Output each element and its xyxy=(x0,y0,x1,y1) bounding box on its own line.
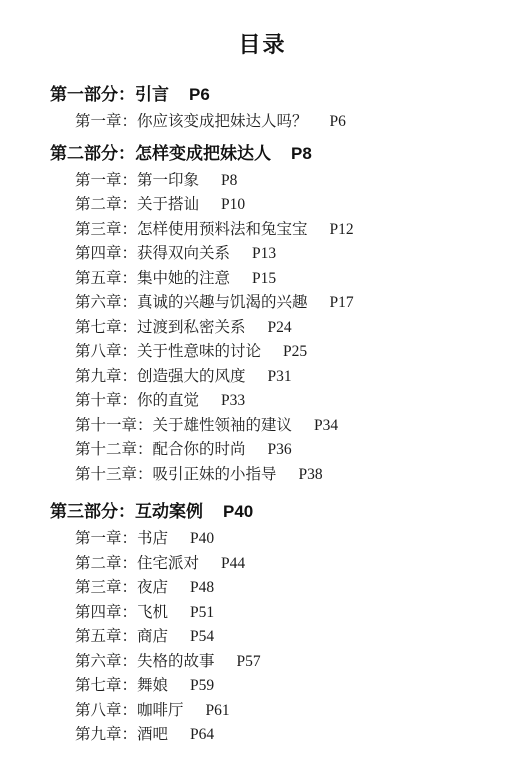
toc-chapter-label: 第十三章：吸引正妹的小指导 xyxy=(75,466,277,483)
toc-chapter-label: 第四章：获得双向关系 xyxy=(75,245,230,262)
toc-chapter-page: P25 xyxy=(283,340,307,365)
toc-chapter-label: 第九章：酒吧 xyxy=(75,726,168,743)
toc-chapter-page: P31 xyxy=(268,365,292,390)
toc-chapter-label: 第一章：第一印象 xyxy=(75,172,199,189)
toc-chapter-page: P33 xyxy=(221,389,245,414)
toc-chapter-page: P10 xyxy=(221,193,245,218)
toc-chapter-label: 第二章：住宅派对 xyxy=(75,555,199,572)
toc-chapter-page: P15 xyxy=(252,267,276,292)
toc-part-page: P6 xyxy=(189,80,210,110)
toc-chapter-label: 第十一章：关于雄性领袖的建议 xyxy=(75,417,292,434)
toc-chapter-row[interactable]: 第二章：关于搭讪P10 xyxy=(50,193,513,218)
toc-chapter-page: P36 xyxy=(268,438,292,463)
toc-chapter-row[interactable]: 第十二章：配合你的时尚P36 xyxy=(50,438,513,463)
toc-chapter-row[interactable]: 第八章：关于性意味的讨论P25 xyxy=(50,340,513,365)
toc-part-page: P8 xyxy=(291,139,312,169)
toc-chapter-label: 第六章：真诚的兴趣与饥渴的兴趣 xyxy=(75,294,308,311)
toc-chapter-page: P38 xyxy=(299,463,323,488)
toc-chapter-row[interactable]: 第六章：真诚的兴趣与饥渴的兴趣P17 xyxy=(50,291,513,316)
toc-chapter-row[interactable]: 第四章：飞机P51 xyxy=(50,601,513,626)
toc-chapter-page: P12 xyxy=(330,218,354,243)
toc-chapter-row[interactable]: 第五章：商店P54 xyxy=(50,625,513,650)
toc-chapter-page: P51 xyxy=(190,601,214,626)
toc-chapter-row[interactable]: 第六章：失格的故事P57 xyxy=(50,650,513,675)
toc-chapter-label: 第五章：商店 xyxy=(75,628,168,645)
toc-chapter-label: 第四章：飞机 xyxy=(75,604,168,621)
toc-chapter-label: 第九章：创造强大的风度 xyxy=(75,368,246,385)
toc-chapter-page: P13 xyxy=(252,242,276,267)
toc-chapter-row[interactable]: 第二章：住宅派对P44 xyxy=(50,552,513,577)
toc-part-page: P40 xyxy=(223,497,253,527)
toc-part-1-heading[interactable]: 第一部分：引言P6 xyxy=(50,80,513,110)
toc-chapter-label: 第八章：关于性意味的讨论 xyxy=(75,343,261,360)
toc-chapter-label: 第一章：书店 xyxy=(75,530,168,547)
toc-chapter-label: 第三章：怎样使用预料法和兔宝宝 xyxy=(75,221,308,238)
table-of-contents: 第一部分：引言P6 第一章：你应该变成把妹达人吗？P6 第二部分：怎样变成把妹达… xyxy=(0,80,525,748)
toc-part-3-heading[interactable]: 第三部分：互动案例P40 xyxy=(50,497,513,527)
toc-chapter-label: 第五章：集中她的注意 xyxy=(75,270,230,287)
toc-chapter-label: 第三章：夜店 xyxy=(75,579,168,596)
toc-chapter-page: P40 xyxy=(190,527,214,552)
toc-chapter-page: P59 xyxy=(190,674,214,699)
toc-chapter-label: 第八章：咖啡厅 xyxy=(75,702,184,719)
toc-chapter-page: P48 xyxy=(190,576,214,601)
toc-part-label: 第三部分：互动案例 xyxy=(50,502,203,521)
toc-chapter-label: 第七章：过渡到私密关系 xyxy=(75,319,246,336)
toc-chapter-row[interactable]: 第七章：过渡到私密关系P24 xyxy=(50,316,513,341)
toc-chapter-row[interactable]: 第十三章：吸引正妹的小指导P38 xyxy=(50,463,513,488)
toc-chapter-page: P6 xyxy=(330,110,346,135)
toc-chapter-row[interactable]: 第三章：怎样使用预料法和兔宝宝P12 xyxy=(50,218,513,243)
toc-chapter-row[interactable]: 第八章：咖啡厅P61 xyxy=(50,699,513,724)
toc-chapter-page: P24 xyxy=(268,316,292,341)
toc-chapter-page: P44 xyxy=(221,552,245,577)
toc-chapter-label: 第十章：你的直觉 xyxy=(75,392,199,409)
toc-chapter-row[interactable]: 第三章：夜店P48 xyxy=(50,576,513,601)
toc-chapter-page: P8 xyxy=(221,169,237,194)
toc-chapter-row[interactable]: 第五章：集中她的注意P15 xyxy=(50,267,513,292)
toc-chapter-label: 第七章：舞娘 xyxy=(75,677,168,694)
toc-chapter-row[interactable]: 第十一章：关于雄性领袖的建议P34 xyxy=(50,414,513,439)
toc-chapter-label: 第一章：你应该变成把妹达人吗？ xyxy=(75,113,308,130)
toc-chapter-row[interactable]: 第十章：你的直觉P33 xyxy=(50,389,513,414)
toc-chapter-row[interactable]: 第九章：酒吧P64 xyxy=(50,723,513,748)
toc-chapter-page: P54 xyxy=(190,625,214,650)
toc-chapter-row[interactable]: 第一章：第一印象P8 xyxy=(50,169,513,194)
toc-chapter-row[interactable]: 第一章：你应该变成把妹达人吗？P6 xyxy=(50,110,513,135)
toc-chapter-page: P57 xyxy=(237,650,261,675)
toc-chapter-row[interactable]: 第九章：创造强大的风度P31 xyxy=(50,365,513,390)
toc-part-label: 第一部分：引言 xyxy=(50,85,169,104)
toc-chapter-row[interactable]: 第一章：书店P40 xyxy=(50,527,513,552)
toc-chapter-row[interactable]: 第七章：舞娘P59 xyxy=(50,674,513,699)
toc-chapter-page: P64 xyxy=(190,723,214,748)
toc-chapter-page: P61 xyxy=(206,699,230,724)
toc-chapter-row[interactable]: 第四章：获得双向关系P13 xyxy=(50,242,513,267)
document-page: 目录 第一部分：引言P6 第一章：你应该变成把妹达人吗？P6 第二部分：怎样变成… xyxy=(0,0,525,773)
toc-part-label: 第二部分：怎样变成把妹达人 xyxy=(50,144,271,163)
toc-chapter-page: P34 xyxy=(314,414,338,439)
toc-chapter-label: 第二章：关于搭讪 xyxy=(75,196,199,213)
page-title: 目录 xyxy=(0,30,525,60)
toc-part-2-heading[interactable]: 第二部分：怎样变成把妹达人P8 xyxy=(50,139,513,169)
toc-chapter-label: 第十二章：配合你的时尚 xyxy=(75,441,246,458)
toc-chapter-page: P17 xyxy=(330,291,354,316)
toc-chapter-label: 第六章：失格的故事 xyxy=(75,653,215,670)
